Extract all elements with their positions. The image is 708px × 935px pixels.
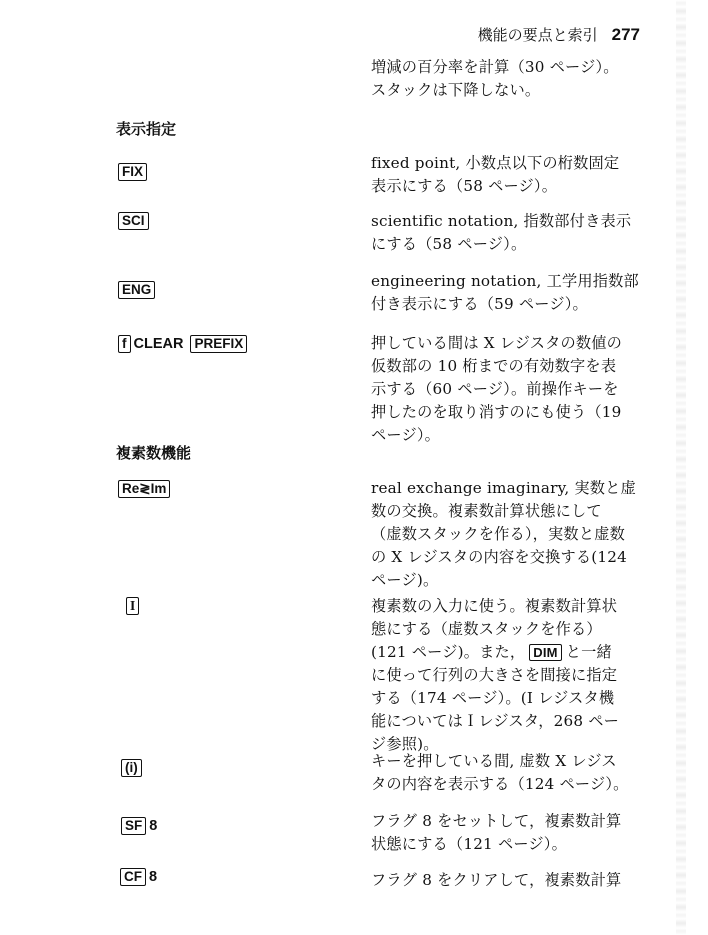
key-sci: SCI bbox=[118, 212, 149, 230]
text-line: fixed point, 小数点以下の桁数固定 bbox=[371, 152, 646, 175]
text-line: 表示にする（58 ページ）。 bbox=[371, 175, 646, 198]
eng-key-icon: ENG bbox=[118, 281, 155, 299]
text-line: スタックは下降しない。 bbox=[371, 79, 646, 102]
flag-number: 8 bbox=[149, 818, 157, 834]
sf-description: フラグ 8 をセットして，複素数計算 状態にする（121 ページ）。 bbox=[371, 810, 646, 856]
header-title: 機能の要点と索引 bbox=[478, 24, 598, 45]
paren-i-description: キーを押している間, 虚数 X レジス タの内容を表示する（124 ページ）。 bbox=[371, 750, 646, 796]
text-line: 複素数の入力に使う。複素数計算状 bbox=[371, 595, 646, 618]
text-line: 態にする（虚数スタックを作る） bbox=[371, 618, 646, 641]
key-fix: FIX bbox=[118, 163, 147, 181]
text-line: に使って行列の大きさを間接に指定 bbox=[371, 664, 646, 687]
i-key-icon: I bbox=[126, 597, 139, 615]
clear-prefix-description: 押している間は X レジスタの数値の 仮数部の 10 桁までの有効数字を表 示す… bbox=[371, 332, 646, 447]
running-header: 機能の要点と索引 277 bbox=[478, 24, 640, 45]
key-i: I bbox=[126, 597, 139, 615]
cf-description: フラグ 8 をクリアして，複素数計算 bbox=[371, 869, 646, 892]
text-line: （虚数スタックを作る），実数と虚数 bbox=[371, 523, 646, 546]
key-cf-8: CF 8 bbox=[120, 868, 157, 886]
text-line: ページ）。 bbox=[371, 424, 646, 447]
text-line: engineering notation, 工学用指数部 bbox=[371, 270, 646, 293]
text-line: ページ)。 bbox=[371, 569, 646, 592]
text-line: 状態にする（121 ページ）。 bbox=[371, 833, 646, 856]
key-clear-prefix: f CLEAR PREFIX bbox=[118, 335, 247, 353]
text-line: の X レジスタの内容を交換する(124 bbox=[371, 546, 646, 569]
text-line: 示する（60 ページ）。前操作キーを bbox=[371, 378, 646, 401]
key-paren-i: (i) bbox=[121, 759, 142, 777]
paren-i-key-icon: (i) bbox=[121, 759, 142, 777]
cf-key-icon: CF bbox=[120, 868, 146, 886]
scan-edge-artifact bbox=[676, 0, 686, 935]
text-line: キーを押している間, 虚数 X レジス bbox=[371, 750, 646, 773]
text-line: にする（58 ページ）。 bbox=[371, 233, 646, 256]
text-line: する（174 ページ）。(I レジスタ機 bbox=[371, 687, 646, 710]
text-fragment: (121 ページ)。また， bbox=[371, 643, 525, 661]
dim-key-icon: DIM bbox=[529, 644, 561, 661]
text-line: real exchange imaginary, 実数と虚 bbox=[371, 477, 646, 500]
key-sf-8: SF 8 bbox=[121, 817, 157, 835]
fix-description: fixed point, 小数点以下の桁数固定 表示にする（58 ページ）。 bbox=[371, 152, 646, 198]
text-line: フラグ 8 をセットして，複素数計算 bbox=[371, 810, 646, 833]
flag-number: 8 bbox=[149, 869, 157, 885]
page-number: 277 bbox=[612, 25, 640, 45]
key-eng: ENG bbox=[118, 281, 155, 299]
text-line: タの内容を表示する（124 ページ）。 bbox=[371, 773, 646, 796]
text-line: 数の交換。複素数計算状態にして bbox=[371, 500, 646, 523]
section-title-complex: 複素数機能 bbox=[116, 442, 191, 463]
text-line: 押している間は X レジスタの数値の bbox=[371, 332, 646, 355]
f-key-icon: f bbox=[118, 335, 131, 353]
text-line: 仮数部の 10 桁までの有効数字を表 bbox=[371, 355, 646, 378]
text-line: (121 ページ)。また，DIMと一緒 bbox=[371, 641, 646, 664]
prefix-key-icon: PREFIX bbox=[190, 335, 247, 353]
re-im-exchange-key-icon: Re≷Im bbox=[118, 480, 170, 498]
fix-key-icon: FIX bbox=[118, 163, 147, 181]
text-line: scientific notation, 指数部付き表示 bbox=[371, 210, 646, 233]
text-line: 付き表示にする（59 ページ）。 bbox=[371, 293, 646, 316]
text-line: 押したのを取り消すのにも使う（19 bbox=[371, 401, 646, 424]
text-line: 能についてはＩレジスタ，268 ペー bbox=[371, 710, 646, 733]
re-im-description: real exchange imaginary, 実数と虚 数の交換。複素数計算… bbox=[371, 477, 646, 592]
clear-label: CLEAR bbox=[134, 336, 184, 352]
eng-description: engineering notation, 工学用指数部 付き表示にする（59 … bbox=[371, 270, 646, 316]
text-line: 増減の百分率を計算（30 ページ）。 bbox=[371, 56, 646, 79]
document-page: 機能の要点と索引 277 増減の百分率を計算（30 ページ）。 スタックは下降し… bbox=[0, 0, 708, 935]
key-re-im: Re≷Im bbox=[118, 480, 170, 498]
section-title-display: 表示指定 bbox=[116, 118, 176, 139]
intro-description: 増減の百分率を計算（30 ページ）。 スタックは下降しない。 bbox=[371, 56, 646, 102]
i-description: 複素数の入力に使う。複素数計算状 態にする（虚数スタックを作る） (121 ペー… bbox=[371, 595, 646, 756]
text-fragment: と一緒 bbox=[566, 643, 612, 661]
sci-description: scientific notation, 指数部付き表示 にする（58 ページ）… bbox=[371, 210, 646, 256]
text-line: フラグ 8 をクリアして，複素数計算 bbox=[371, 869, 646, 892]
sci-key-icon: SCI bbox=[118, 212, 149, 230]
sf-key-icon: SF bbox=[121, 817, 146, 835]
